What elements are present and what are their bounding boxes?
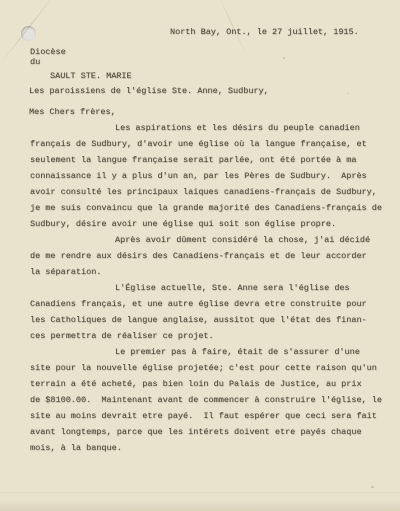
- body-line: site au moins devrait etre payé. Il faut…: [30, 408, 390, 424]
- body-line: seulement la langue française serait par…: [30, 152, 390, 168]
- body-line: français de Sudbury, d'avoir une église …: [30, 136, 390, 152]
- body-line: Sudbury, désire avoir une église qui soi…: [30, 216, 390, 232]
- letter-page: North Bay, Ont., le 27 juillet, 1915. Di…: [0, 0, 400, 511]
- recipient-line: Les paroissiens de l'église Ste. Anne, S…: [29, 83, 269, 99]
- body-line: connaissance il y a plus d'un an, par le…: [30, 168, 390, 184]
- letter-body: Les aspirations et les désirs du peuple …: [30, 120, 390, 456]
- body-line: de $8100.00. Maintenant avant de commenc…: [30, 392, 390, 408]
- paper-speck: [371, 486, 374, 488]
- salutation: Mes Chers frères,: [29, 104, 116, 120]
- body-line: site pour la nouvelle église projetée; c…: [30, 360, 390, 376]
- body-line: les Catholiques de langue anglaise, auss…: [30, 312, 390, 328]
- body-line: avant longtemps, parce que les intérets …: [30, 424, 390, 440]
- body-line: Après avoir dûment considéré la chose, j…: [30, 232, 390, 248]
- letterhead-du: du: [30, 54, 40, 70]
- body-line: Les aspirations et les désirs du peuple …: [30, 120, 390, 136]
- paper-speck: [347, 93, 349, 94]
- paper-crease-bottom: [0, 492, 400, 494]
- body-line: Le premier pas à faire, était de s'assur…: [30, 344, 390, 360]
- punch-hole: [21, 26, 36, 41]
- body-line: terrain a été acheté, pas bien loin du P…: [30, 376, 390, 392]
- dateline: North Bay, Ont., le 27 juillet, 1915.: [170, 24, 359, 40]
- body-line: mois, à la banque.: [30, 440, 390, 456]
- paper-bottom-shadow: [0, 500, 400, 511]
- body-line: de me rendre aux désirs des Canadiens-fr…: [30, 248, 390, 264]
- body-line: je me suis convaincu que la grande major…: [30, 200, 390, 216]
- body-line: L'Église actuelle, Ste. Anne sera l'égli…: [30, 280, 390, 296]
- body-line: Canadiens français, et une autre église …: [30, 296, 390, 312]
- letterhead-diocese-name: SAULT STE. MARIE: [50, 68, 132, 84]
- body-line: ces permettra de réaliser ce projet.: [30, 328, 390, 344]
- body-line: avoir consulté les principaux laiques ca…: [30, 184, 390, 200]
- paper-speck: [283, 57, 285, 59]
- body-line: la séparation.: [30, 264, 390, 280]
